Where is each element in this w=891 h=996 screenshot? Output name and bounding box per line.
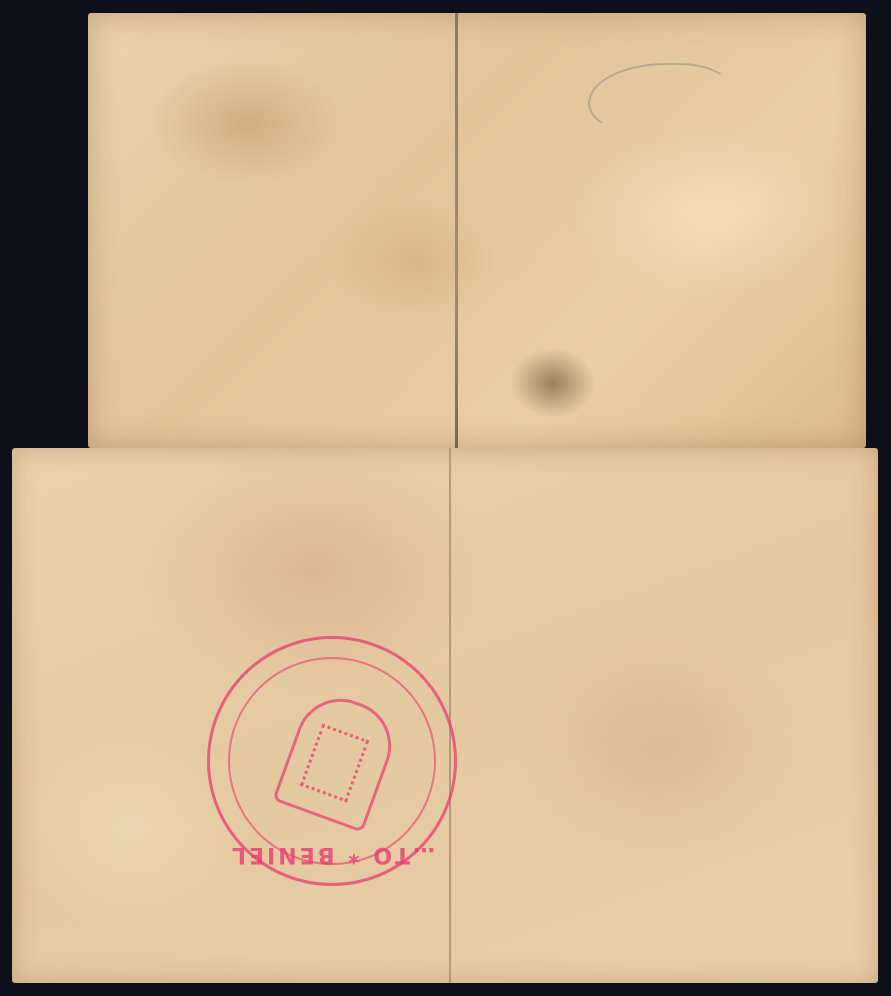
red-stamp: …TO * BENIEL [207, 636, 457, 886]
pencil-scribble [588, 63, 732, 137]
stamp-legend: …TO * BENIEL [210, 842, 454, 867]
top-note [88, 13, 866, 448]
fold-line [455, 13, 458, 448]
fold-line [449, 448, 451, 983]
castle-icon [300, 723, 370, 802]
bottom-note: …TO * BENIEL [12, 448, 878, 983]
